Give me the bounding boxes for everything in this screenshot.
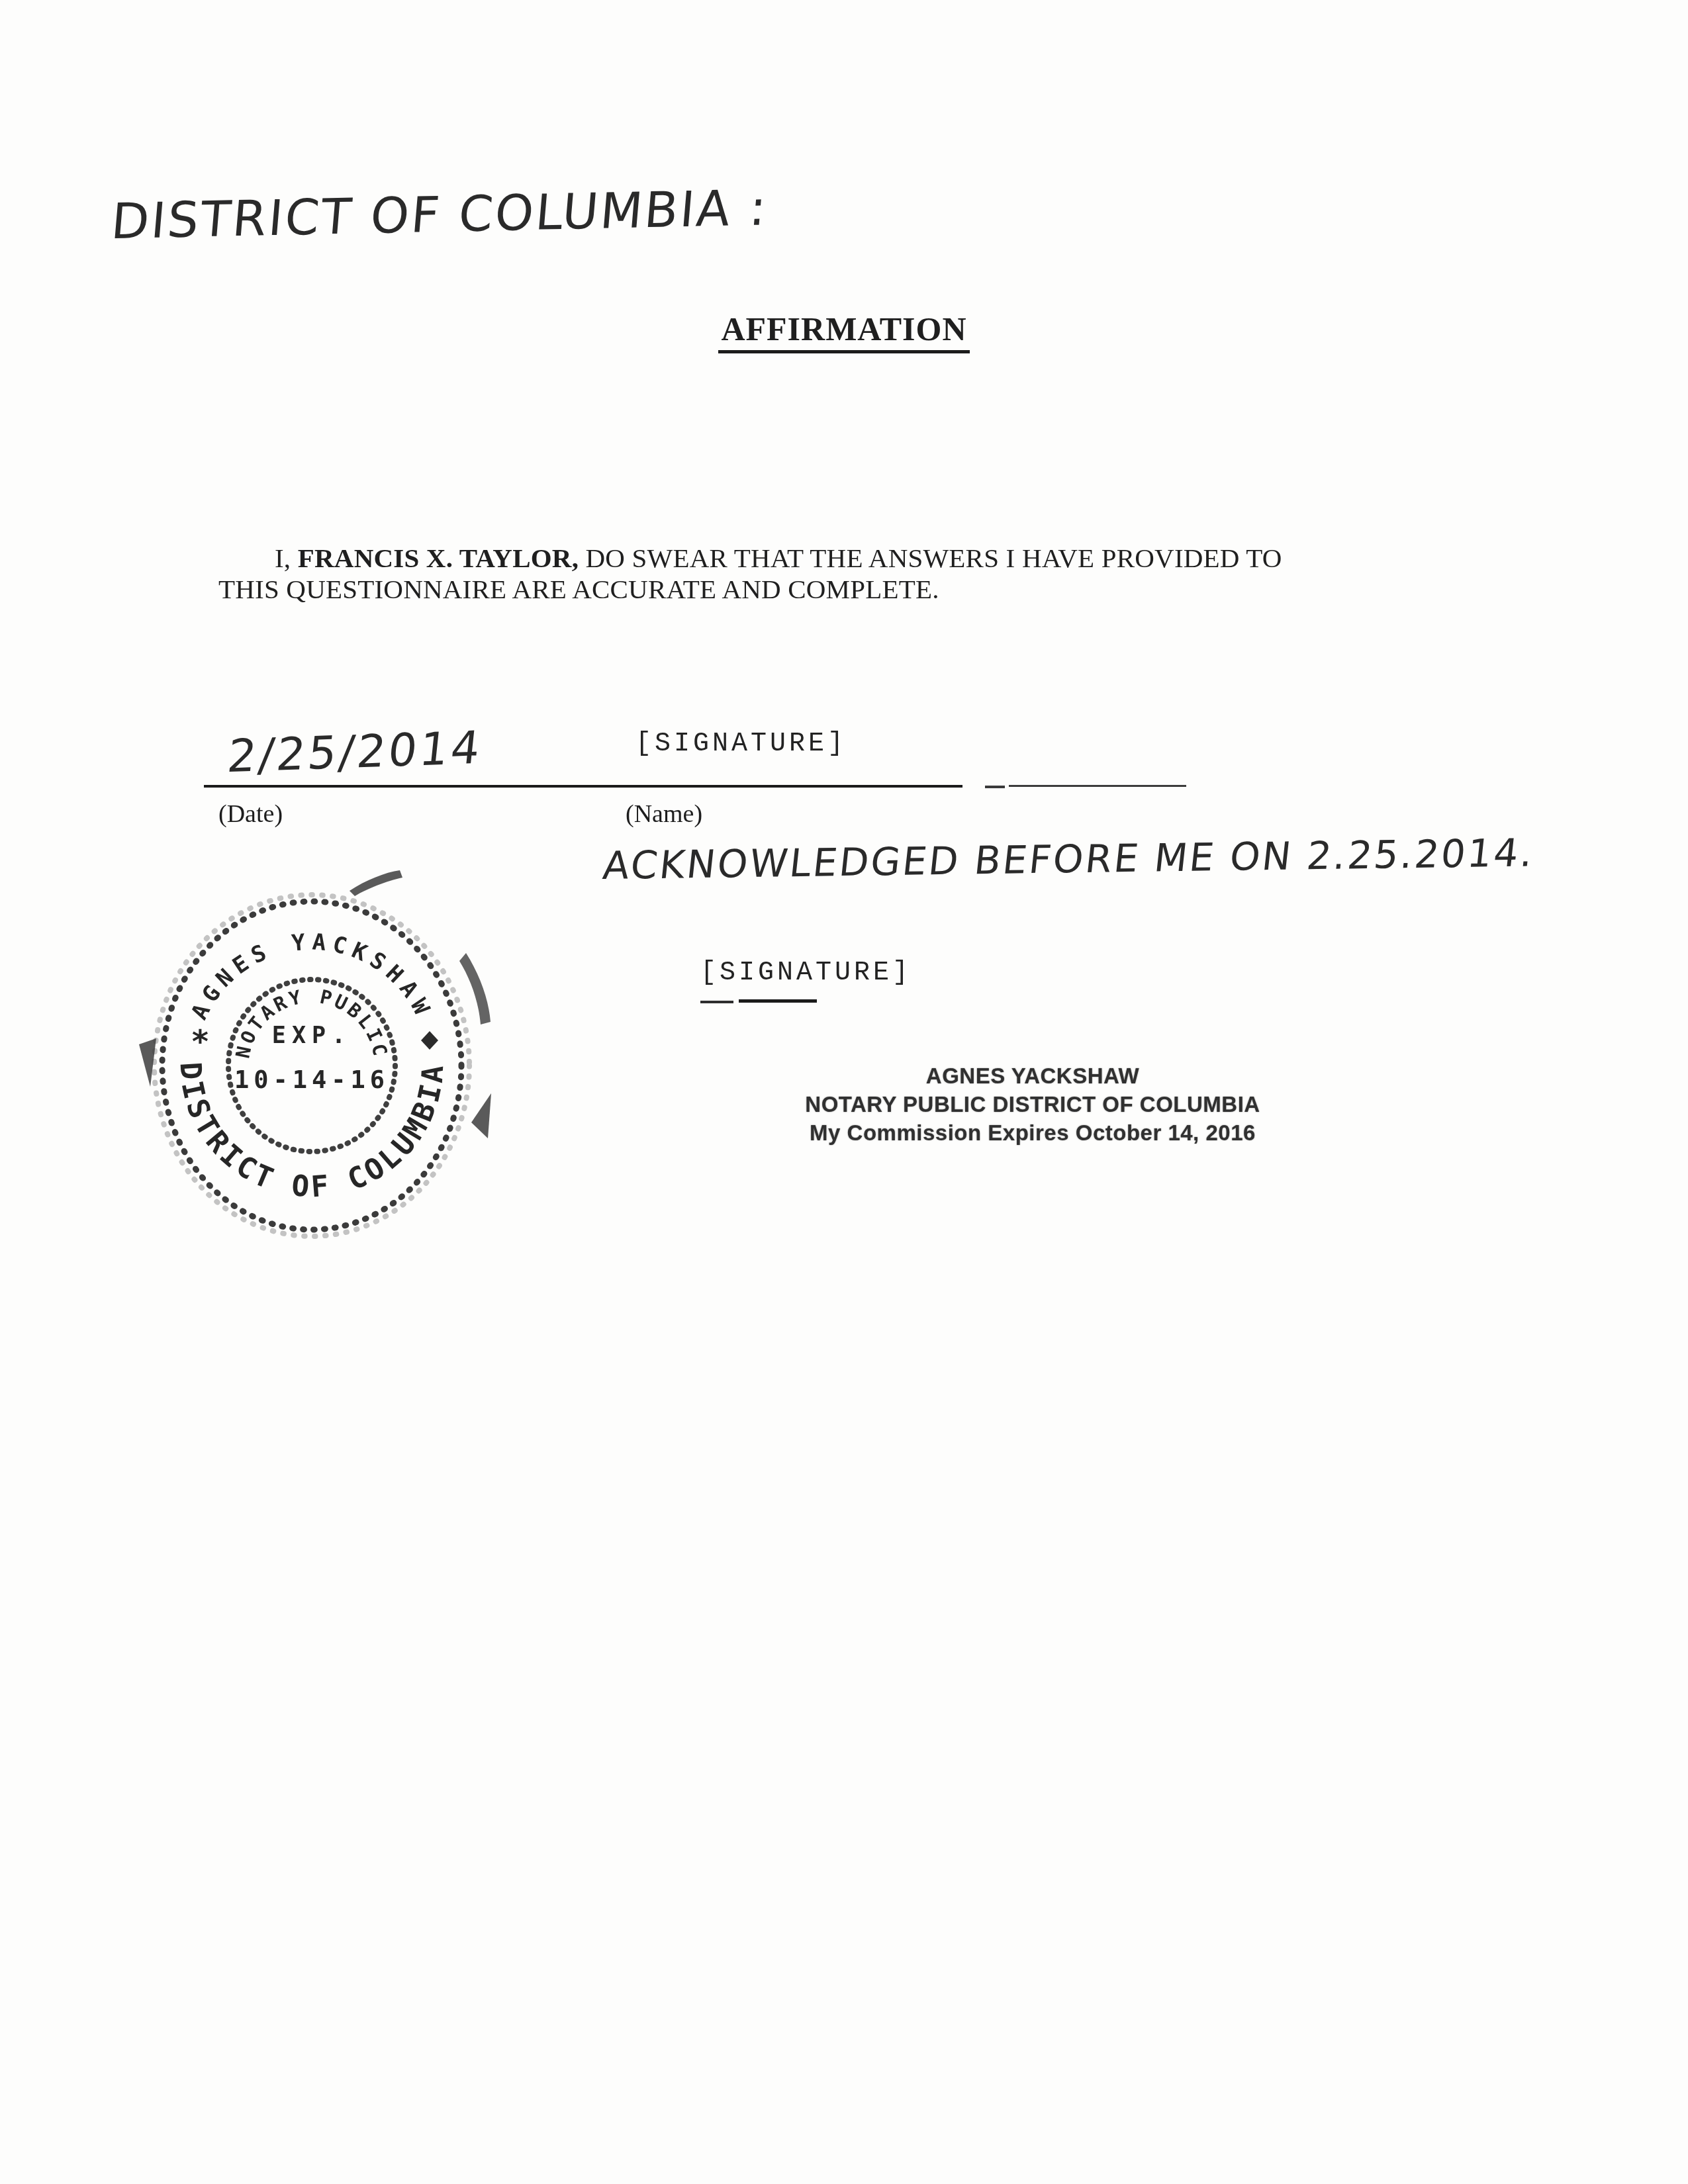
seal-diamond-separator-icon: [421, 1031, 438, 1050]
stamp-notary-name: AGNES YACKSHAW: [788, 1062, 1278, 1090]
name-field-label: (Name): [626, 799, 702, 829]
seal-exp-date: 10-14-16: [234, 1066, 389, 1094]
affiant-name: FRANCIS X. TAYLOR,: [298, 543, 579, 573]
statement-prefix: I,: [275, 543, 298, 573]
page-title: AFFIRMATION: [718, 310, 969, 353]
scanned-affirmation-page: DISTRICT OF COLUMBIA : AFFIRMATION I, FR…: [0, 0, 1688, 2184]
notary-commission-stamp: AGNES YACKSHAW NOTARY PUBLIC DISTRICT OF…: [788, 1062, 1278, 1147]
stamp-commission-expiry: My Commission Expires October 14, 2016: [788, 1118, 1278, 1147]
notary-signature-placeholder: [SIGNATURE]: [700, 958, 912, 988]
affiant-signature-placeholder: [SIGNATURE]: [635, 729, 847, 759]
signature-line: [204, 785, 962, 788]
notary-seal: AGNES YACKSHAW DISTRICT OF COLUMBIA NOTA…: [93, 847, 543, 1284]
seal-exp-label: EXP.: [272, 1023, 352, 1049]
stamp-notary-title: NOTARY PUBLIC DISTRICT OF COLUMBIA: [788, 1090, 1278, 1118]
acknowledgment-handwritten-text: ACKNOWLEDGED BEFORE ME ON 2.25.2014.: [601, 830, 1537, 888]
ink-smudge-icon: [471, 1093, 491, 1138]
affirmation-statement: I, FRANCIS X. TAYLOR, DO SWEAR THAT THE …: [218, 543, 1344, 605]
notary-signature-underline: [700, 1001, 733, 1003]
seal-arc-name: AGNES YACKSHAW: [186, 929, 438, 1024]
seal-arc-name-text: AGNES YACKSHAW: [186, 929, 438, 1024]
ink-smudge-icon: [350, 870, 402, 896]
jurisdiction-handwritten-text: DISTRICT OF COLUMBIA :: [109, 179, 771, 250]
date-handwritten-value: 2/25/2014: [225, 722, 485, 784]
ink-smudge-icon: [459, 953, 491, 1024]
seal-star-separator-icon: *: [191, 1023, 210, 1060]
date-field-label: (Date): [218, 799, 283, 829]
title-row: AFFIRMATION: [0, 310, 1688, 353]
signature-line-dash: [985, 786, 1005, 788]
notary-signature-underline: [739, 999, 817, 1003]
signature-line-extension: [1009, 785, 1186, 787]
